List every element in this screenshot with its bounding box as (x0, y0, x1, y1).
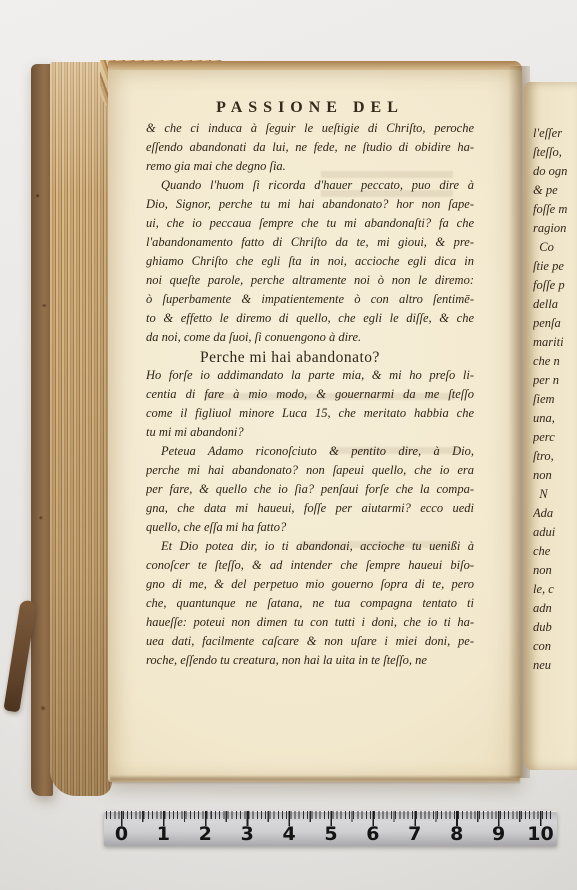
text-line: eſſendo abandonati da lui, ne fede, ne ſ… (146, 140, 474, 159)
right-page-text-fragment: perc (533, 430, 577, 449)
text-line: uea dati, facilmente caſcare & non uſare… (146, 634, 474, 653)
text-line: come il figliuol minore Luca 15, che mer… (146, 406, 474, 425)
text-line: haueſſe: poteui non dimen tu con tutti i… (146, 615, 474, 634)
right-page-text-fragment: mariti (533, 335, 577, 354)
text-line: noi queſte parole, perche altramente noi… (146, 273, 474, 292)
ruler-number: 9 (492, 823, 505, 845)
page-block-fore-edge (50, 62, 112, 796)
right-page-text-fragment: che (533, 544, 577, 563)
right-page-text-fragment: foſſe m (533, 202, 577, 221)
text-line: to & effetto le diremo di quello, che eg… (146, 311, 474, 330)
text-line: da noi, come da ſuoi, ſi conuengono à di… (146, 330, 474, 349)
right-page-text-fragment: non (533, 563, 577, 582)
text-line: ui, che io peccaua ſempre che tu mi aban… (146, 216, 474, 235)
ruler-number: 5 (324, 823, 337, 845)
right-page-text-fragment: do ogn (533, 164, 577, 183)
right-page-text-fragment: penſa (533, 316, 577, 335)
text-line: ò ſuperbamente & impatientemente ò con a… (146, 292, 474, 311)
right-page-text: l'eſſerſteſſo,do ogn& pefoſſe mragion Co… (533, 126, 577, 677)
text-line: che, quantunque ne ſatana, ne tua compag… (146, 596, 474, 615)
section-heading: Perche mi hai abandonato? (146, 349, 474, 368)
right-page-text-fragment: adn (533, 601, 577, 620)
ruler-number: 3 (241, 823, 254, 845)
right-page-text-fragment: N (533, 487, 577, 506)
page-bottom-edge (110, 775, 520, 784)
text-line: Et Dio potea dir, io ti abandonai, accio… (146, 539, 474, 558)
text-line: Quando l'huom ſi ricorda d'hauer peccato… (146, 178, 474, 197)
text-line: l'abandonamento fatto di Chriſto da te, … (146, 235, 474, 254)
text-line: tu mi mi abandoni? (146, 425, 474, 444)
right-page-text-fragment: una, (533, 411, 577, 430)
right-page-text-fragment: per n (533, 373, 577, 392)
running-header: PASSIONE DEL (146, 99, 474, 118)
right-page-text-fragment: l'eſſer (533, 126, 577, 145)
right-page-text-fragment: che n (533, 354, 577, 373)
ruler-number: 4 (282, 823, 295, 845)
book-photograph: PASSIONE DEL & che ci induca à ſeguir le… (0, 0, 577, 890)
text-line: & che ci induca à ſeguir le ueſtigie di … (146, 121, 474, 140)
right-page-text-fragment: non (533, 468, 577, 487)
ruler-number: 2 (199, 823, 212, 845)
text-line: gna, che data mi haueui, foſſe per aiuta… (146, 501, 474, 520)
right-page-text-fragment: ſiem (533, 392, 577, 411)
right-page-text-fragment: Co (533, 240, 577, 259)
text-column: & che ci induca à ſeguir le ueſtigie di … (146, 121, 474, 672)
ruler-number: 0 (115, 823, 128, 845)
ruler-number: 6 (366, 823, 379, 845)
text-line: Peteua Adamo riconoſciuto & pentito dire… (146, 444, 474, 463)
right-page-text-fragment: ſteſſo, (533, 145, 577, 164)
text-line: ghiamo Chriſto che egli ſta in noi, acci… (146, 254, 474, 273)
right-page-text-fragment: ragion (533, 221, 577, 240)
text-line: roche, eſſendo tu creatura, non hai la u… (146, 653, 474, 672)
ruler-number: 8 (450, 823, 463, 845)
text-line: Ho forſe io addimandato la parte mia, & … (146, 368, 474, 387)
right-page-text-fragment: adui (533, 525, 577, 544)
ruler-number: 10 (527, 823, 553, 845)
centimeter-ruler: 012345678910 (104, 811, 557, 846)
text-line: gno di me, & del perpetuo mio gouerno ſo… (146, 577, 474, 596)
text-line: per fare, & quello che io ſia? penſaui f… (146, 482, 474, 501)
right-page-text-fragment: le, c (533, 582, 577, 601)
right-page-text-fragment: foſſe p (533, 278, 577, 297)
ruler-number: 1 (157, 823, 170, 845)
right-page-text-fragment: neu (533, 658, 577, 677)
text-line: conoſcer te ſteſſo, & ad intender che ſe… (146, 558, 474, 577)
right-page-text-fragment: con (533, 639, 577, 658)
ruler-number: 7 (408, 823, 421, 845)
right-page-text-fragment: ſtro, (533, 449, 577, 468)
right-page-text-fragment: & pe (533, 183, 577, 202)
right-page-text-fragment: dub (533, 620, 577, 639)
text-line: centia di fare à mio modo, & gouernarmi … (146, 387, 474, 406)
text-line: perche mi hai abandonato? non ſapeui que… (146, 463, 474, 482)
right-page: l'eſſerſteſſo,do ogn& pefoſſe mragion Co… (524, 82, 577, 770)
right-page-text-fragment: Ada (533, 506, 577, 525)
text-line: quello, che eſſa mi ha fatto? (146, 520, 474, 539)
text-line: Dio, Signor, perche tu mi hai abandonato… (146, 197, 474, 216)
text-line: remo gia mai che degno ſia. (146, 159, 474, 178)
right-page-text-fragment: della (533, 297, 577, 316)
right-page-text-fragment: ſtie pe (533, 259, 577, 278)
ruler-cm-ticks (121, 811, 555, 826)
